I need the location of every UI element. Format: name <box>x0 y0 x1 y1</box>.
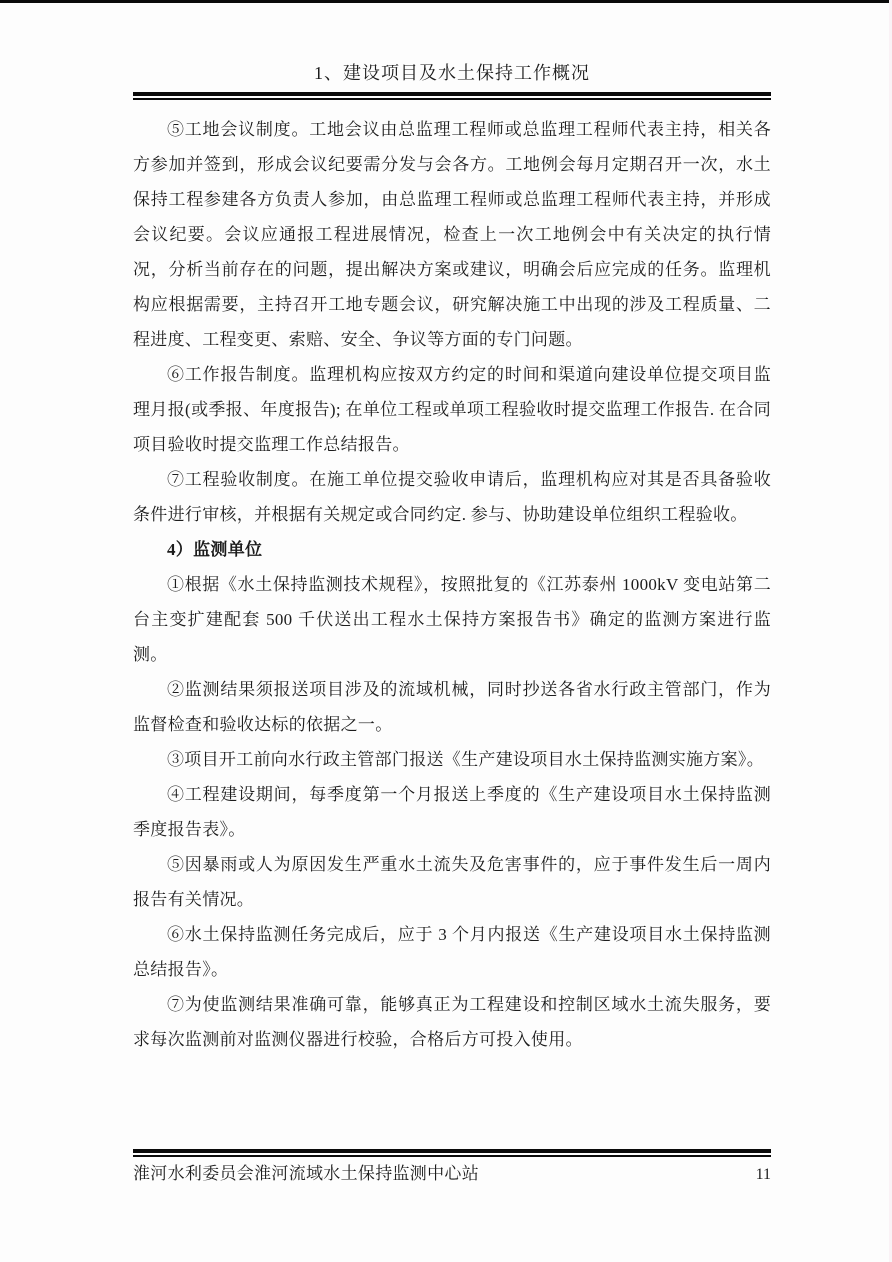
chapter-title: 1、建设项目及水土保持工作概况 <box>133 60 771 86</box>
page-footer: 淮河水利委员会淮河流域水土保持监测中心站 11 <box>133 1149 771 1187</box>
body-paragraph: ⑤工地会议制度。工地会议由总监理工程师或总监理工程师代表主持，相关各方参加并签到… <box>133 112 771 357</box>
footer-organization: 淮河水利委员会淮河流域水土保持监测中心站 <box>133 1162 479 1186</box>
body-paragraph: ①根据《水土保持监测技术规程》，按照批复的《江苏泰州 1000kV 变电站第二台… <box>133 567 771 672</box>
body-paragraph: ⑦为使监测结果准确可靠，能够真正为工程建设和控制区域水土流失服务，要求每次监测前… <box>133 987 771 1057</box>
footer-rule <box>133 1149 771 1157</box>
document-page: 1、建设项目及水土保持工作概况 ⑤工地会议制度。工地会议由总监理工程师或总监理工… <box>0 0 892 1262</box>
body-paragraph: ③项目开工前向水行政主管部门报送《生产建设项目水土保持监测实施方案》。 <box>133 742 771 777</box>
page-number: 11 <box>756 1163 771 1187</box>
document-body: ⑤工地会议制度。工地会议由总监理工程师或总监理工程师代表主持，相关各方参加并签到… <box>133 112 771 1057</box>
page-content: 1、建设项目及水土保持工作概况 ⑤工地会议制度。工地会议由总监理工程师或总监理工… <box>133 0 771 1057</box>
body-paragraph: ④工程建设期间，每季度第一个月报送上季度的《生产建设项目水土保持监测季度报告表》… <box>133 777 771 847</box>
body-paragraph: ⑦工程验收制度。在施工单位提交验收申请后，监理机构应对其是否具备验收条件进行审核… <box>133 462 771 532</box>
header-rule <box>133 92 771 100</box>
body-paragraph: ⑥水土保持监测任务完成后，应于 3 个月内报送《生产建设项目水土保持监测总结报告… <box>133 917 771 987</box>
body-paragraph: ②监测结果须报送项目涉及的流域机械，同时抄送各省水行政主管部门，作为监督检查和验… <box>133 672 771 742</box>
body-paragraph: ⑥工作报告制度。监理机构应按双方约定的时间和渠道向建设单位提交项目监理月报(或季… <box>133 357 771 462</box>
footer-row: 淮河水利委员会淮河流域水土保持监测中心站 11 <box>133 1162 771 1187</box>
body-paragraph: ⑤因暴雨或人为原因发生严重水土流失及危害事件的，应于事件发生后一周内报告有关情况… <box>133 847 771 917</box>
section-heading: 4）监测单位 <box>133 532 771 567</box>
